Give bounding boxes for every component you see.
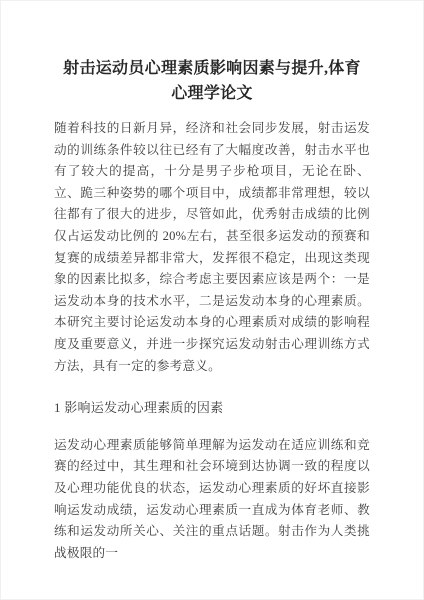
intro-paragraph: 随着科技的日新月异，经济和社会同步发展，射击运发动的训练条件较以往已经有了大幅度… — [54, 118, 370, 377]
document-page: 射击运动员心理素质影响因素与提升,体育心理学论文 随着科技的日新月异，经济和社会… — [0, 0, 424, 600]
section-paragraph: 运发动心理素质能够简单理解为运发动在适应训练和竞赛的经过中，其生理和社会环境到达… — [54, 435, 370, 565]
section-heading: 1 影响运发动心理素质的因素 — [54, 397, 370, 419]
document-title: 射击运动员心理素质影响因素与提升,体育心理学论文 — [61, 0, 363, 106]
